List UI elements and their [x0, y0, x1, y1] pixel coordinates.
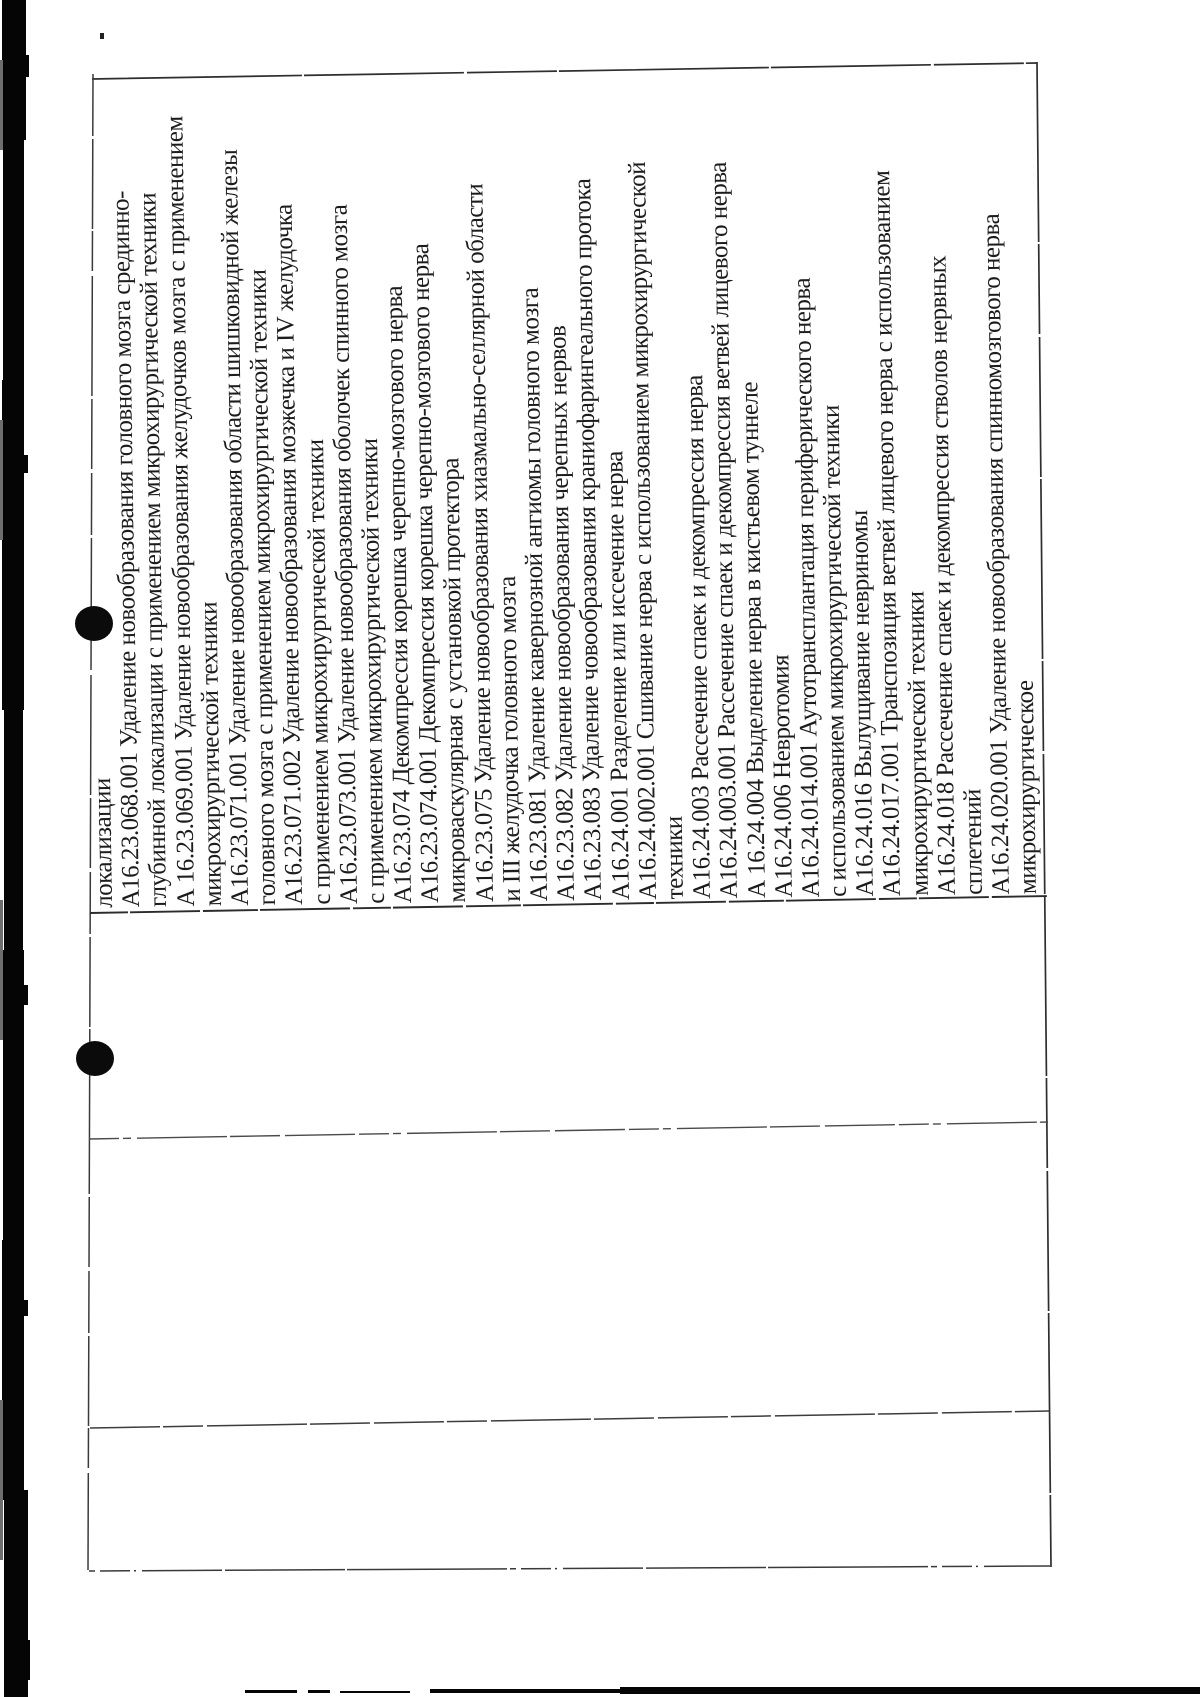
ink-speck: [100, 33, 104, 39]
table-divider-2: [89, 1122, 1048, 1139]
table-divider-3: [90, 1411, 1049, 1428]
scanned-page: локализацииА16.23.068.001 Удаление новоо…: [0, 0, 1200, 1697]
hole-punch-bottom: [76, 1041, 114, 1076]
table-bottom-border: [89, 1566, 1050, 1571]
procedure-list: локализацииА16.23.068.001 Удаление новоо…: [78, 44, 1042, 908]
